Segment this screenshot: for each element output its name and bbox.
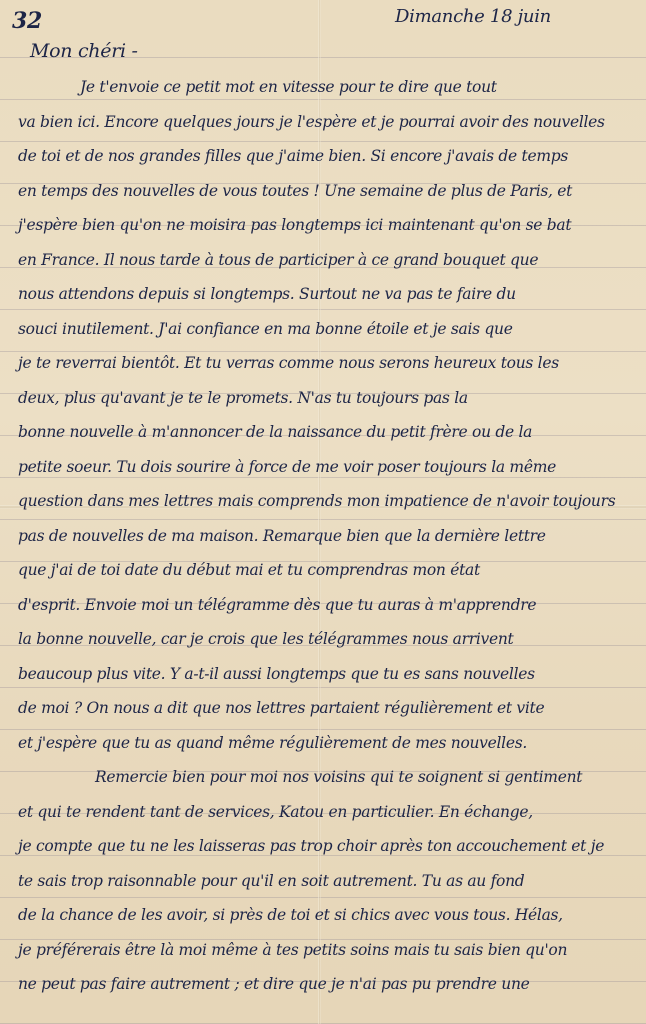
letter-line: petite soeur. Tu dois sourire à force de… [18, 458, 556, 476]
letter-line: de moi ? On nous a dit que nos lettres p… [18, 699, 544, 717]
letter-line: te sais trop raisonnable pour qu'il en s… [18, 872, 524, 890]
letter-line: ne peut pas faire autrement ; et dire qu… [18, 975, 530, 993]
letter-line: en France. Il nous tarde à tous de parti… [18, 251, 538, 269]
letter-line: de la chance de les avoir, si près de to… [18, 906, 563, 924]
letter-line: bonne nouvelle à m'annoncer de la naissa… [18, 423, 532, 441]
letter-line: la bonne nouvelle, car je crois que les … [18, 630, 513, 648]
letter-line: nous attendons depuis si longtemps. Surt… [18, 285, 516, 303]
letter-line: pas de nouvelles de ma maison. Remarque … [18, 527, 546, 545]
letter-line: et j'espère que tu as quand même réguliè… [18, 734, 527, 752]
letter-line: deux, plus qu'avant je te le promets. N'… [18, 389, 468, 407]
letter-line: et qui te rendent tant de services, Kato… [18, 803, 533, 821]
page-number: 32 [12, 8, 42, 34]
letter-line: beaucoup plus vite. Y a-t-il aussi longt… [18, 665, 535, 683]
letter-line: en temps des nouvelles de vous toutes ! … [18, 182, 572, 200]
letter-line: j'espère bien qu'on ne moisira pas longt… [18, 216, 571, 234]
letter-line: de toi et de nos grandes filles que j'ai… [18, 147, 568, 165]
letter-date: Dimanche 18 juin [395, 6, 551, 27]
letter-line: je préférerais être là moi même à tes pe… [18, 941, 567, 959]
letter-line: question dans mes lettres mais comprends… [18, 492, 615, 510]
letter-line: Remercie bien pour moi nos voisins qui t… [95, 768, 582, 786]
letter-line: que j'ai de toi date du début mai et tu … [18, 561, 480, 579]
letter-line: je te reverrai bientôt. Et tu verras com… [18, 354, 559, 372]
letter-line: Je t'envoie ce petit mot en vitesse pour… [80, 78, 497, 96]
letter-line: souci inutilement. J'ai confiance en ma … [18, 320, 513, 338]
salutation: Mon chéri - [30, 40, 138, 62]
letter-line: d'esprit. Envoie moi un télégramme dès q… [18, 596, 536, 614]
letter-line: va bien ici. Encore quelques jours je l'… [18, 113, 605, 131]
letter-line: je compte que tu ne les laisseras pas tr… [18, 837, 604, 855]
